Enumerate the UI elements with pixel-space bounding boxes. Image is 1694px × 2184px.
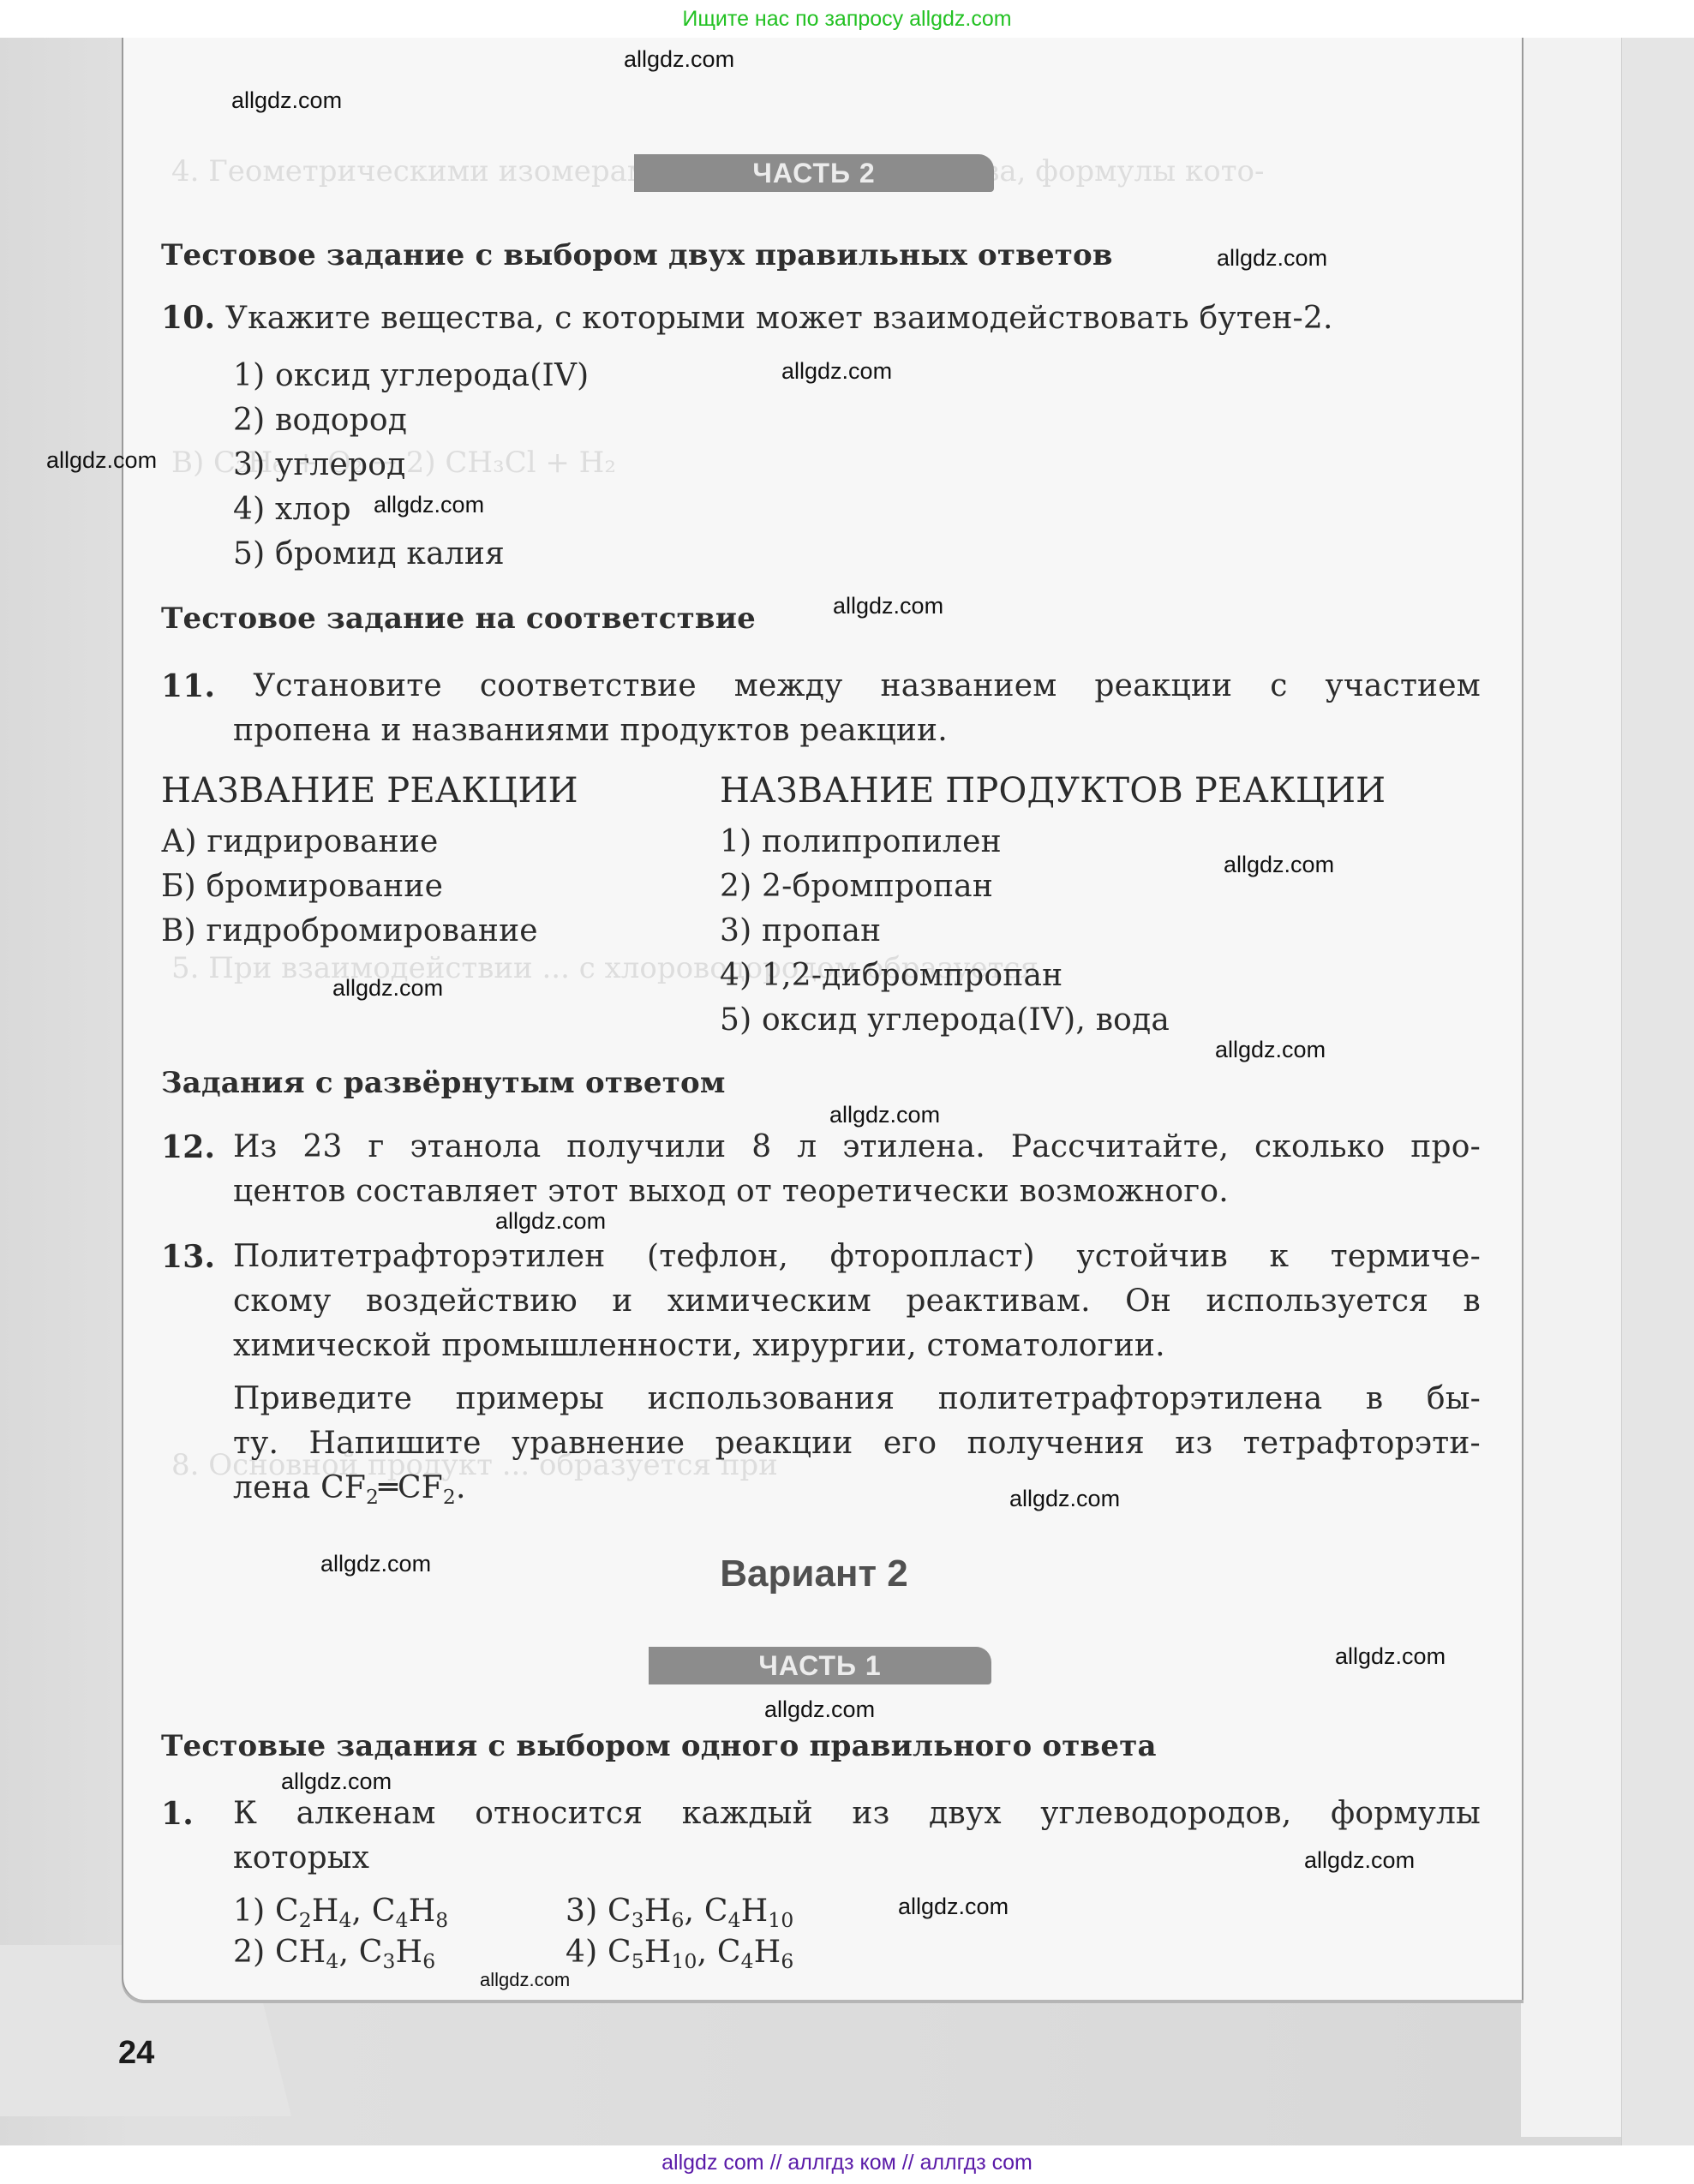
word: к (1270, 1239, 1290, 1274)
watermark: allgdz.com (1335, 1643, 1446, 1670)
word: используется (1206, 1283, 1429, 1319)
answer-option: 4) C5H10, C4H6 (566, 1935, 793, 1970)
question-text: Укажите вещества, с которыми может взаим… (225, 301, 1333, 336)
watermark: allgdz.com (480, 1969, 570, 1991)
word: использования (648, 1381, 895, 1416)
product-item: 1) полипропилен (720, 824, 1002, 859)
watermark: allgdz.com (320, 1551, 431, 1577)
word: Приведите (233, 1381, 412, 1416)
word: с (1270, 668, 1287, 704)
watermark: allgdz.com (833, 593, 943, 619)
word: химическим (667, 1283, 871, 1319)
word: л (797, 1129, 817, 1164)
word: Рассчитайте, (1011, 1129, 1229, 1164)
word: в (1366, 1381, 1383, 1416)
word: сколько (1254, 1129, 1385, 1164)
watermark: allgdz.com (495, 1208, 606, 1235)
page-edge-right (1621, 38, 1694, 2145)
reaction-item: В) гидробромирование (161, 913, 538, 948)
product-item: 2) 2-бромпропан (720, 869, 993, 904)
product-item: 4) 1,2-дибромпропан (720, 958, 1062, 993)
word: бы- (1427, 1381, 1481, 1416)
word: реакции (1094, 668, 1232, 704)
section-heading-one-answer: Тестовые задания с выбором одного правил… (161, 1729, 1157, 1763)
question-13-line-2: скомувоздействиюихимическимреактивам.Они… (233, 1283, 1481, 1319)
word: получили (566, 1129, 726, 1164)
reaction-item: Б) бромирование (161, 869, 443, 904)
watermark: allgdz.com (898, 1894, 1009, 1920)
product-item: 5) оксид углерода(IV), вода (720, 1002, 1170, 1038)
answer-option: 2) CH4, C3H6 (233, 1935, 435, 1970)
word: участием (1326, 668, 1481, 704)
word: и (612, 1283, 632, 1319)
question-13-line-6: лена CF2═CF2. (233, 1470, 466, 1505)
word: реактивам. (906, 1283, 1090, 1319)
question-13-line-1: Политетрафторэтилен(тефлон,фторопласт)ус… (233, 1239, 1481, 1274)
word: Установите (253, 668, 442, 704)
question-1-line-2: которых (233, 1840, 369, 1876)
watermark: allgdz.com (624, 46, 734, 73)
answer-option: 2) водород (233, 403, 407, 438)
word: его (883, 1426, 937, 1461)
word: 8 (751, 1129, 771, 1164)
answer-option: 4) хлор (233, 492, 351, 527)
question-1-number: 1. (161, 1796, 194, 1832)
answer-option: 5) бромид калия (233, 536, 505, 571)
part-1-badge: ЧАСТЬ 1 (649, 1647, 991, 1684)
word: из (1175, 1426, 1212, 1461)
column-header-products: НАЗВАНИЕ ПРОДУКТОВ РЕАКЦИИ (720, 771, 1386, 811)
question-10: 10. Укажите вещества, с которыми может в… (161, 300, 1333, 336)
word: относится (475, 1796, 643, 1831)
watermark: allgdz.com (374, 492, 484, 518)
word: уравнение (512, 1426, 685, 1461)
question-12-line-2: центов составляет этот выход от теоретич… (233, 1174, 1229, 1209)
answer-option: 1) C2H4, C4H8 (233, 1894, 448, 1929)
word: скому (233, 1283, 332, 1319)
word: между (734, 668, 843, 704)
part-2-badge: ЧАСТЬ 2 (634, 154, 994, 192)
word: Из (233, 1129, 277, 1164)
word: фторопласт) (830, 1239, 1035, 1274)
word: Напишите (308, 1426, 481, 1461)
word: получения (967, 1426, 1145, 1461)
word: Политетрафторэтилен (233, 1239, 605, 1274)
question-number: 11. (161, 668, 215, 704)
formula-cf2-cf2: CF2═CF2. (320, 1470, 466, 1505)
page-number: 24 (118, 2035, 154, 2072)
word: двух (929, 1796, 1002, 1831)
watermark: allgdz.com (1215, 1037, 1326, 1063)
watermark: allgdz.com (1009, 1486, 1120, 1512)
question-13-line-4: Приведитепримерыиспользованияполитетрафт… (233, 1381, 1481, 1416)
word: тетрафторэти- (1243, 1426, 1481, 1461)
question-number: 10. (161, 300, 215, 336)
section-heading-extended: Задания с развёрнутым ответом (161, 1066, 726, 1100)
word: ту. (233, 1426, 278, 1461)
question-13-number: 13. (161, 1239, 215, 1275)
word: соответствие (480, 668, 697, 704)
word: Он (1125, 1283, 1171, 1319)
top-banner: Ищите нас по запросу allgdz.com (0, 0, 1694, 38)
watermark: allgdz.com (764, 1696, 875, 1723)
word: (тефлон, (647, 1239, 788, 1274)
watermark: allgdz.com (332, 975, 443, 1002)
watermark: allgdz.com (281, 1768, 392, 1795)
watermark: allgdz.com (46, 447, 157, 474)
word: алкенам (296, 1796, 436, 1831)
reaction-item: А) гидрирование (161, 824, 439, 859)
question-11-line-2: пропена и названиями продуктов реакции. (233, 713, 948, 748)
watermark: allgdz.com (1217, 245, 1327, 272)
word: воздействию (366, 1283, 578, 1319)
watermark: allgdz.com (231, 87, 342, 114)
word: политетрафторэтилена (938, 1381, 1323, 1416)
answer-option: 3) C3H6, C4H10 (566, 1894, 793, 1929)
product-item: 3) пропан (720, 913, 881, 948)
word: К (233, 1796, 257, 1831)
bottom-banner: allgdz com // аллгдз ком // аллгдз com (0, 2145, 1694, 2184)
section-heading-two-answers: Тестовое задание с выбором двух правильн… (161, 238, 1113, 272)
next-page-edge (1521, 38, 1621, 2137)
watermark: allgdz.com (829, 1102, 940, 1128)
question-12-number: 12. (161, 1129, 215, 1165)
watermark: allgdz.com (1304, 1847, 1415, 1874)
section-heading-matching: Тестовое задание на соответствие (161, 601, 756, 636)
watermark: allgdz.com (781, 358, 892, 385)
word: углеводородов, (1040, 1796, 1291, 1831)
word: формулы (1331, 1796, 1481, 1831)
answer-option: 1) оксид углерода(IV) (233, 358, 589, 393)
word: про- (1410, 1129, 1481, 1164)
word: в (1464, 1283, 1481, 1319)
word: реакции (715, 1426, 853, 1461)
word: примеры (456, 1381, 604, 1416)
watermark: allgdz.com (1224, 852, 1334, 878)
variant-title: Вариант 2 (600, 1553, 1028, 1595)
question-11-line-1: 11.Установитесоответствиемеждуназваниемр… (161, 668, 1481, 704)
word: г (368, 1129, 384, 1164)
word: этанола (410, 1129, 541, 1164)
question-1-line-1: Калкенамотноситсякаждыйиздвухуглеводород… (233, 1796, 1481, 1831)
word: названием (881, 668, 1057, 704)
word: термиче- (1331, 1239, 1481, 1274)
line-text: лена (233, 1470, 320, 1505)
question-13-line-3: химической промышленности, хирургии, сто… (233, 1328, 1165, 1363)
word: устойчив (1076, 1239, 1228, 1274)
word: из (852, 1796, 889, 1831)
column-header-reaction: НАЗВАНИЕ РЕАКЦИИ (161, 771, 578, 811)
answer-option: 3) углерод (233, 447, 406, 482)
question-13-line-5: ту.Напишитеуравнениереакцииегополученияи… (233, 1426, 1481, 1461)
word: 23 (302, 1129, 342, 1164)
word: каждый (682, 1796, 813, 1831)
question-12-line-1: Из23гэтанолаполучили8лэтилена.Рассчитайт… (233, 1129, 1481, 1164)
word: этилена. (842, 1129, 985, 1164)
